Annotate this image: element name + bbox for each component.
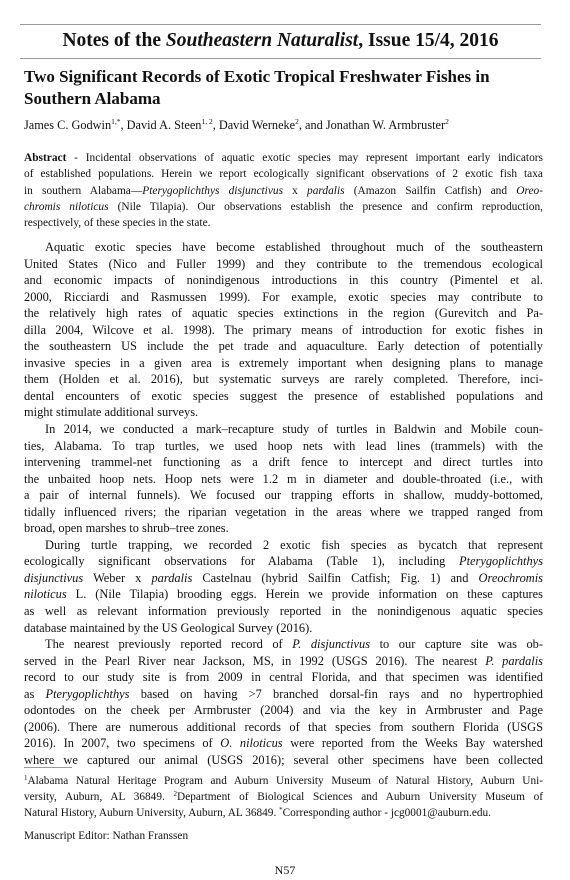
journal-name: Southeastern Naturalist — [166, 30, 358, 51]
body-line: odontodes on the cheek per Armbruster (2… — [24, 702, 543, 719]
abstract-line: of established populations. Herein we re… — [24, 166, 543, 182]
article-title: Two Significant Records of Exotic Tropic… — [24, 66, 544, 110]
footnote-marker: 2 — [174, 790, 178, 798]
italic-species-name: P. disjunctivus — [292, 637, 370, 651]
italic-species-name: Pterygoplichthys disjunctivus — [142, 185, 283, 197]
abstract-line: Abstract - Incidental observations of aq… — [24, 150, 543, 166]
italic-species-name: chromis niloticus — [24, 201, 109, 213]
header-bottom-rule — [20, 58, 541, 59]
body-line: ties, Alabama. To trap turtles, we used … — [24, 438, 543, 455]
author-name: James C. Godwin — [24, 118, 111, 132]
body-line: and economic impacts of nonindigenous in… — [24, 272, 543, 289]
body-line: served in the Pearl River near Jackson, … — [24, 653, 543, 670]
body-line: ecologically significant observations fo… — [24, 553, 543, 570]
italic-species-name: Oreochromis — [479, 571, 543, 585]
journal-header-prefix: Notes of the — [62, 30, 165, 51]
body-line: In 2014, we conducted a mark–recapture s… — [24, 421, 543, 438]
footnote-line: 1Alabama Natural Heritage Program and Au… — [24, 773, 543, 789]
italic-species-name: P. pardalis — [485, 654, 543, 668]
body-line: disjunctivus Weber x pardalis Castelnau … — [24, 570, 543, 587]
body-line: (2006). There are numerous additional re… — [24, 719, 543, 736]
body-line: invasive species in a given area is extr… — [24, 355, 543, 372]
footnote-marker: * — [279, 806, 283, 814]
body-line: Aquatic exotic species have become estab… — [24, 239, 543, 256]
abstract-line: chromis niloticus (Nile Tilapia). Our ob… — [24, 199, 543, 215]
body-line: as Pterygoplichthys based on having >7 b… — [24, 686, 543, 703]
body-line: 2016). In 2007, two specimens of O. nilo… — [24, 735, 543, 752]
footnote-rule — [24, 767, 72, 768]
body-paragraph: In 2014, we conducted a mark–recapture s… — [24, 421, 543, 537]
italic-species-name: niloticus — [24, 587, 67, 601]
italic-species-name: disjunctivus — [24, 571, 83, 585]
footnotes: 1Alabama Natural Heritage Program and Au… — [24, 773, 543, 822]
body-line: the unbaited hoop nets. Hoop nets were 1… — [24, 471, 543, 488]
abstract-line: in southern Alabama—Pterygoplichthys dis… — [24, 183, 543, 199]
body-paragraph: Aquatic exotic species have become estab… — [24, 239, 543, 421]
author-name: Jonathan W. Armbruster — [326, 118, 445, 132]
article-title-line-1: Two Significant Records of Exotic Tropic… — [24, 66, 544, 88]
body-line: dental encounters of exotic species sugg… — [24, 388, 543, 405]
body-line: The nearest previously reported record o… — [24, 636, 543, 653]
italic-species-name: O. niloticus — [220, 736, 282, 750]
body-line: database maintained by the US Geological… — [24, 620, 543, 637]
author-name: David Werneke — [219, 118, 295, 132]
page-number: N57 — [0, 862, 570, 878]
journal-header-issue: , Issue 15/4, 2016 — [358, 30, 498, 51]
italic-species-name: Oreo- — [516, 185, 543, 197]
body-line: United States (Nico and Fuller 1999) and… — [24, 256, 543, 273]
body-line: as well as relevant information previous… — [24, 603, 543, 620]
author-separator: , and — [299, 118, 326, 132]
body-line: record to our study site is from 2009 in… — [24, 669, 543, 686]
abstract: Abstract - Incidental observations of aq… — [24, 150, 543, 231]
author-affiliation-sup: 1, 2 — [201, 117, 212, 126]
footnote-marker: 1 — [24, 774, 28, 782]
body-paragraph: The nearest previously reported record o… — [24, 636, 543, 768]
abstract-line: respectively, of these species in the st… — [24, 215, 543, 231]
abstract-label: Abstract — [24, 152, 66, 164]
body-paragraph: During turtle trapping, we recorded 2 ex… — [24, 537, 543, 636]
author-list: James C. Godwin1,*, David A. Steen1, 2, … — [24, 117, 544, 133]
body-line: dilla 2004, Wilcove et al. 1998). The pr… — [24, 322, 543, 339]
body-line: tidally influenced rivers; the riparian … — [24, 504, 543, 521]
body-line: broad, open marshes to shrub–tree zones. — [24, 520, 543, 537]
footnote-line: Natural History, Auburn University, Aubu… — [24, 805, 543, 821]
body-line: the southeastern US include the pet trad… — [24, 338, 543, 355]
italic-species-name: Pterygoplichthys — [46, 687, 130, 701]
article-body: Aquatic exotic species have become estab… — [24, 239, 543, 769]
body-line: intervening trammel-net functioning as a… — [24, 454, 543, 471]
body-line: 2000, Ricciardi and Rasmussen 1999). For… — [24, 289, 543, 306]
body-line: a pair of internal funnels). We focused … — [24, 487, 543, 504]
footnote-line: versity, Auburn, AL 36849. 2Department o… — [24, 789, 543, 805]
italic-species-name: pardalis — [151, 571, 192, 585]
manuscript-editor: Manuscript Editor: Nathan Franssen — [24, 828, 188, 844]
body-line: During turtle trapping, we recorded 2 ex… — [24, 537, 543, 554]
article-title-line-2: Southern Alabama — [24, 88, 544, 110]
body-line: might stimulate additional surveys. — [24, 404, 543, 421]
italic-species-name: pardalis — [307, 185, 345, 197]
body-line: them (Holden et al. 2016), but systemati… — [24, 371, 543, 388]
author-name: David A. Steen — [127, 118, 202, 132]
body-line: niloticus L. (Nile Tilapia) brooding egg… — [24, 586, 543, 603]
author-affiliation-sup: 2 — [445, 117, 449, 126]
header-top-rule — [20, 24, 541, 25]
journal-header: Notes of the Southeastern Naturalist, Is… — [20, 27, 541, 55]
body-line: where we captured our animal (USGS 2016)… — [24, 752, 543, 769]
body-line: the relatively high rates of aquatic spe… — [24, 305, 543, 322]
italic-species-name: Pterygoplichthys — [459, 554, 543, 568]
